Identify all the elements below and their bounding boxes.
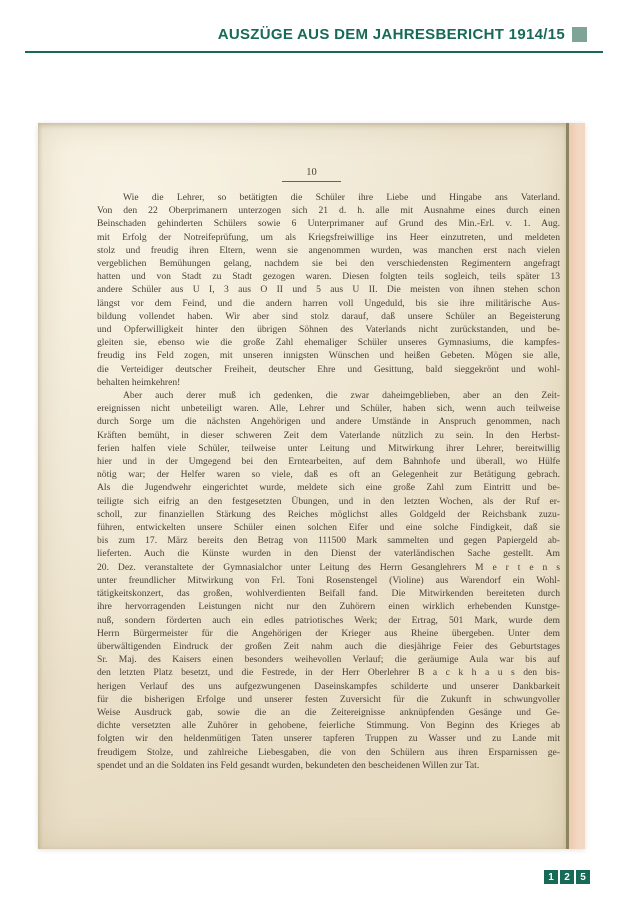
text-line: unter freundlicher Mitwirkung von Frl. T…: [97, 574, 560, 587]
text-line: für die bisherigen Erfolge und unserer f…: [97, 693, 560, 706]
scan-page-number: 10: [97, 167, 560, 182]
text-line: längst vor dem Feind, und die andern har…: [97, 297, 560, 310]
text-line: 20. Dez. veranstaltete der Gymnasialchor…: [97, 561, 560, 574]
text-line: andere Schüler aus U I, 3 aus O II und 5…: [97, 283, 560, 296]
text-line: stolz und freudig ihren Eltern, wenn sie…: [97, 244, 560, 257]
header-rule: [25, 51, 603, 53]
text-line: gleiten sie, ebenso wie die große Zahl e…: [97, 336, 560, 349]
scan-page-number-label: 10: [282, 167, 341, 182]
text-line: lieferten. Auch die Künste wurden in den…: [97, 547, 560, 560]
text-line: und Opferwilligkeit hinter den übrigen S…: [97, 323, 560, 336]
text-line: Wie die Lehrer, so betätigten die Schüle…: [97, 191, 560, 204]
text-line: ihre hervorragenden Leistungen nicht nur…: [97, 600, 560, 613]
text-line: spendet und an die Soldaten ins Feld ges…: [97, 759, 560, 772]
text-line: bildung vollendet haben. Wir aber sind s…: [97, 310, 560, 323]
text-line: tätigkeitskonzert, das großen, wohlverdi…: [97, 587, 560, 600]
text-line: freudigem Stolze, und zahlreiche Liebesg…: [97, 746, 560, 759]
paragraph: Wie die Lehrer, so betätigten die Schüle…: [97, 191, 560, 389]
text-line: teiligte sich eifrig an den festgesetzte…: [97, 495, 560, 508]
text-line: bis zum 17. März bereits den Betrag von …: [97, 534, 560, 547]
page-text: Wie die Lehrer, so betätigten die Schüle…: [97, 191, 560, 772]
text-line: Als die Jugendwehr eingerichtet wurde, m…: [97, 481, 560, 494]
report-header: AUSZÜGE AUS DEM JAHRESBERICHT 1914/15: [0, 24, 587, 44]
text-line: überwältigenden Eindruck der großen Zeit…: [97, 640, 560, 653]
text-line: ferien halfen viele Schüler, teilweise u…: [97, 442, 560, 455]
text-line: Weise Ausdruck gab, sowie die an die Zei…: [97, 706, 560, 719]
text-line: scholl, zur finanziellen Stärkung des Re…: [97, 508, 560, 521]
text-line: führen, entwickelten unsere Schüler eine…: [97, 521, 560, 534]
scan-paper: 10 Wie die Lehrer, so betätigten die Sch…: [38, 123, 566, 849]
report-page: AUSZÜGE AUS DEM JAHRESBERICHT 1914/15 10…: [0, 0, 636, 905]
adjacent-page-strip: [569, 123, 585, 849]
text-line: folgten wir den heldenmütigen Taten unse…: [97, 732, 560, 745]
text-line: ereignissen nicht unbeteiligt waren. All…: [97, 402, 560, 415]
text-line: Sr. Maj. des Kaisers einen besonders wei…: [97, 653, 560, 666]
text-line: durch Sorge um die nächsten Angehörigen …: [97, 415, 560, 428]
text-line: Kräften bemüht, in dieser schweren Zeit …: [97, 429, 560, 442]
page-number-badges: 125: [544, 870, 590, 884]
text-line: hier und in der Umgegend bei den Erntear…: [97, 455, 560, 468]
page-digit-badge: 2: [560, 870, 574, 884]
page-digit-badge: 1: [544, 870, 558, 884]
page-digit-badge: 5: [576, 870, 590, 884]
text-line: Von den 22 Oberprimanern unterzogen sich…: [97, 204, 560, 217]
header-title: AUSZÜGE AUS DEM JAHRESBERICHT 1914/15: [218, 26, 565, 43]
text-line: nötig war; der Helfer waren so viele, da…: [97, 468, 560, 481]
text-line: nuß, sondern förderten auch ein edles pa…: [97, 614, 560, 627]
text-line: mit Erfolg der Notreifeprüfung, um als K…: [97, 231, 560, 244]
paragraph: Aber auch derer muß ich gedenken, die zw…: [97, 389, 560, 772]
text-line: Beinschaden gehinderten Schülers sowie 6…: [97, 217, 560, 230]
text-line: Aber auch derer muß ich gedenken, die zw…: [97, 389, 560, 402]
text-line: dichte versetzten alle Zuhörer in gehobe…: [97, 719, 560, 732]
scanned-book-page: 10 Wie die Lehrer, so betätigten die Sch…: [38, 123, 585, 849]
text-line: behalten heimkehren!: [97, 376, 560, 389]
text-line: vergeblichen Bemühungen gelang, nachdem …: [97, 257, 560, 270]
text-line: freudig ins Feld zogen, mit unseren inni…: [97, 349, 560, 362]
text-line: den letzten Platz besetzt, und die Festr…: [97, 666, 560, 679]
text-line: hatten und von Stadt zu Stadt gezogen wa…: [97, 270, 560, 283]
header-accent-square-icon: [572, 27, 587, 42]
text-line: Herrn Bürgermeister für die Angehörigen …: [97, 627, 560, 640]
text-line: die Verteidiger deutscher Freiheit, deut…: [97, 363, 560, 376]
text-line: herigen Verlauf des uns aufgezwungenen D…: [97, 680, 560, 693]
